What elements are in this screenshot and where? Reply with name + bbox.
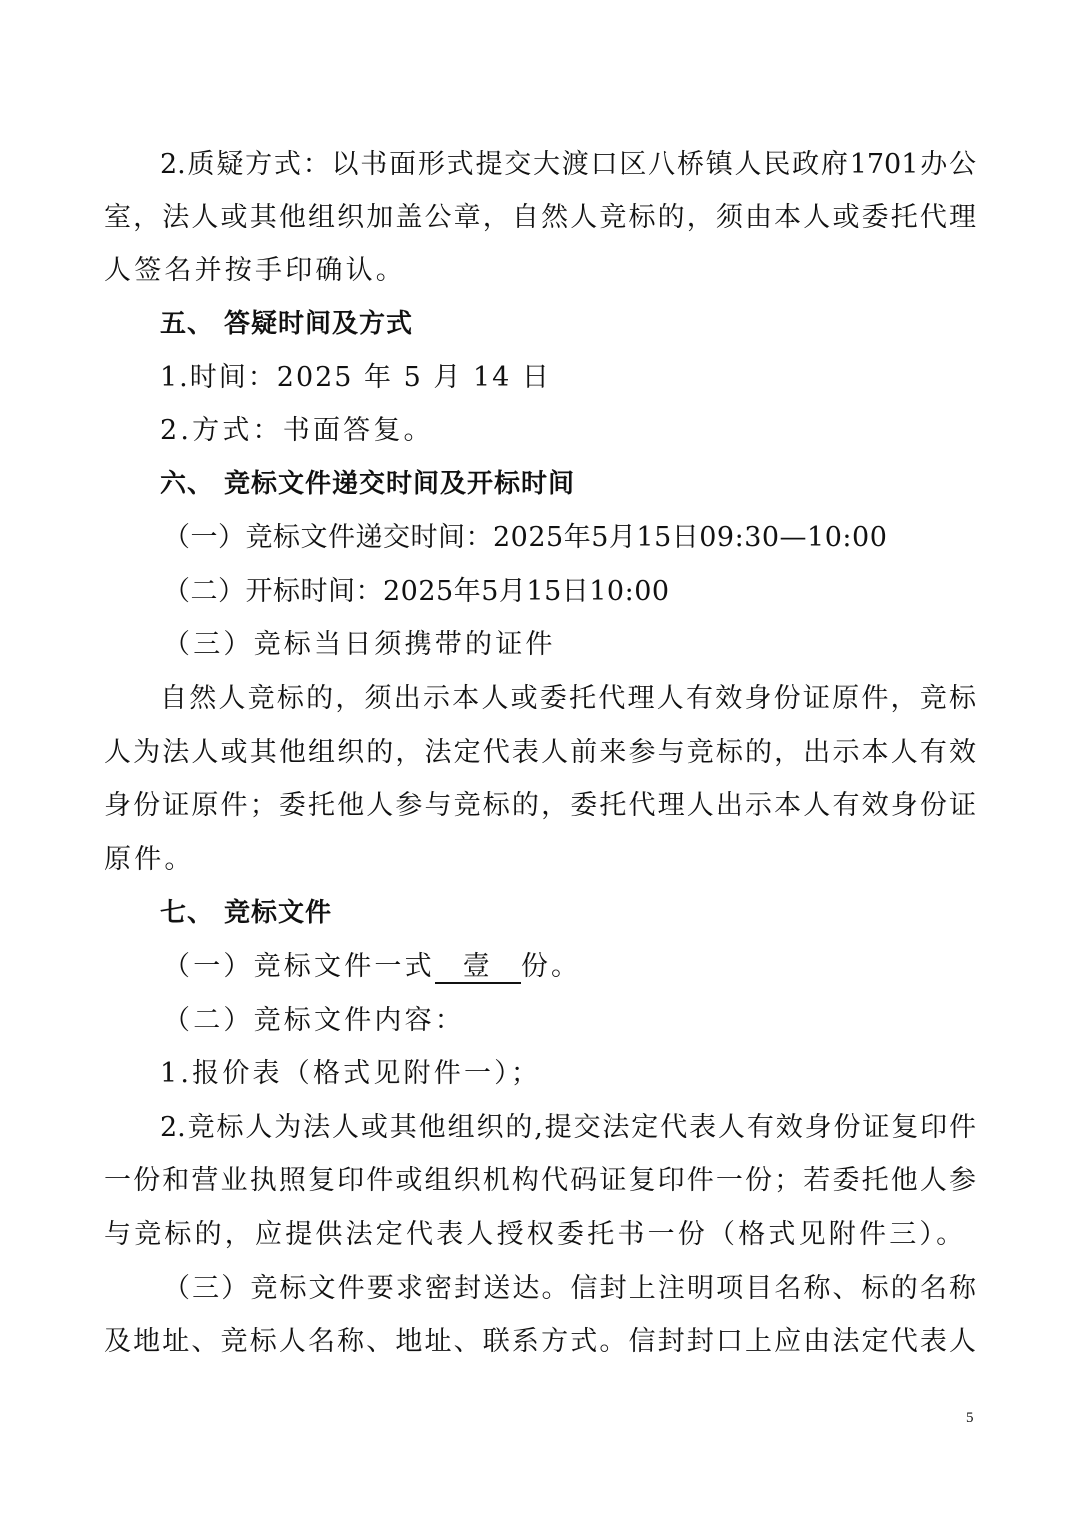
paragraph-line: （二）竞标文件内容：: [163, 1004, 976, 1038]
paragraph-line: 人签名并按手印确认。: [104, 254, 976, 288]
section-heading-7: 七、 竞标文件: [160, 896, 976, 930]
copies-suffix: 份。: [521, 951, 581, 982]
copies-label: （一）竞标文件一式: [163, 951, 435, 982]
paragraph-line: 与竞标的，应提供法定代表人授权委托书一份（格式见附件三）。: [104, 1218, 976, 1252]
paragraph-line: （一）竞标文件一式壹份。: [163, 950, 976, 984]
section-heading-5: 五、 答疑时间及方式: [160, 307, 976, 341]
paragraph-line: 自然人竞标的，须出示本人或委托代理人有效身份证原件，竞标: [160, 682, 976, 716]
paragraph-line: 身份证原件；委托他人参与竞标的，委托代理人出示本人有效身份证: [104, 789, 976, 823]
paragraph-line: 2.方式：书面答复。: [160, 414, 976, 448]
paragraph-line: 原件。: [104, 843, 976, 877]
paragraph-line: 一份和营业执照复印件或组织机构代码证复印件一份；若委托他人参: [104, 1164, 976, 1198]
document-page: 2.质疑方式：以书面形式提交大渡口区八桥镇人民政府1701办公 室，法人或其他组…: [0, 0, 1074, 1520]
paragraph-line: 1.时间：2025 年 5 月 14 日: [160, 361, 976, 395]
paragraph-line: 2.竞标人为法人或其他组织的,提交法定代表人有效身份证复印件: [160, 1111, 976, 1145]
paragraph-line: （三）竞标当日须携带的证件: [163, 628, 976, 662]
copies-count: 壹: [435, 952, 521, 984]
paragraph-line: 1.报价表（格式见附件一）；: [160, 1057, 976, 1091]
paragraph-line: 2.质疑方式：以书面形式提交大渡口区八桥镇人民政府1701办公: [160, 148, 976, 182]
paragraph-line: 人为法人或其他组织的，法定代表人前来参与竞标的，出示本人有效: [104, 736, 976, 770]
section-heading-6: 六、 竞标文件递交时间及开标时间: [160, 467, 976, 501]
paragraph-line: （三）竞标文件要求密封送达。信封上注明项目名称、标的名称: [163, 1272, 976, 1306]
paragraph-line: （二）开标时间：2025年5月15日10:00: [163, 575, 976, 609]
paragraph-line: 及地址、竞标人名称、地址、联系方式。信封封口上应由法定代表人: [104, 1325, 976, 1359]
page-number: 5: [966, 1410, 974, 1427]
paragraph-line: （一）竞标文件递交时间：2025年5月15日09:30—10:00: [163, 521, 976, 555]
paragraph-line: 室，法人或其他组织加盖公章，自然人竞标的，须由本人或委托代理: [104, 201, 976, 235]
